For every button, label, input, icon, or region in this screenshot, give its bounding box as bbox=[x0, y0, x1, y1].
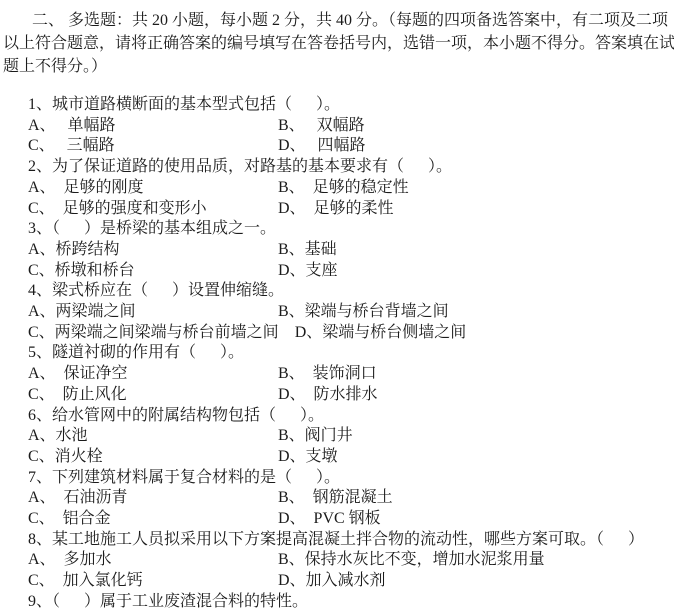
option-d: D、 PVC 钢板 bbox=[278, 509, 381, 530]
option-d: D、梁端与桥台侧墙之间 bbox=[295, 323, 467, 344]
option-d: D、 四幅路 bbox=[278, 136, 366, 157]
question-block-7: 7、下列建筑材料属于复合材料的是（ ）。 A、 石油沥青 B、 钢筋混凝土 C、… bbox=[28, 468, 678, 530]
option-row: A、水池 B、阀门井 bbox=[28, 426, 678, 447]
option-row: C、 加入氯化钙 D、加入减水剂 bbox=[28, 571, 678, 592]
question-text: 8、某工地施工人员拟采用以下方案提高混凝土拌合物的流动性，哪些方案可取。（ ） bbox=[28, 530, 678, 551]
option-c: C、 铝合金 bbox=[28, 509, 278, 530]
question-list: 1、城市道路横断面的基本型式包括（ ）。 A、 单幅路 B、 双幅路 C、 三幅… bbox=[0, 95, 678, 613]
question-block-4: 4、梁式桥应在（ ）设置伸缩缝。 A、两梁端之间 B、梁端与桥台背墙之间 C、两… bbox=[28, 281, 678, 343]
question-text: 2、为了保证道路的使用品质，对路基的基本要求有（ ）。 bbox=[28, 157, 678, 178]
exam-page: 二、 多选题：共 20 小题，每小题 2 分，共 40 分。（每题的四项备选答案… bbox=[0, 0, 678, 613]
option-d: D、支墩 bbox=[278, 447, 338, 468]
option-row: C、 铝合金 D、 PVC 钢板 bbox=[28, 509, 678, 530]
option-a: A、桥跨结构 bbox=[28, 240, 278, 261]
question-text: 9、（ ）属于工业废渣混合料的特性。 bbox=[28, 592, 678, 613]
option-d: D、 足够的柔性 bbox=[278, 199, 394, 220]
option-b: B、 双幅路 bbox=[278, 116, 365, 137]
option-row: A、 保证净空 B、 装饰洞口 bbox=[28, 364, 678, 385]
option-d: D、 防水排水 bbox=[278, 385, 378, 406]
question-block-8: 8、某工地施工人员拟采用以下方案提高混凝土拌合物的流动性，哪些方案可取。（ ） … bbox=[28, 530, 678, 592]
option-row: C、 足够的强度和变形小 D、 足够的柔性 bbox=[28, 199, 678, 220]
section-header-line: 二、 多选题：共 20 小题，每小题 2 分，共 40 分。（每题的四项备选答案… bbox=[3, 9, 674, 32]
option-row: C、两梁端之间梁端与桥台前墙之间 D、梁端与桥台侧墙之间 bbox=[28, 323, 678, 344]
option-c: C、消火栓 bbox=[28, 447, 278, 468]
question-block-2: 2、为了保证道路的使用品质，对路基的基本要求有（ ）。 A、 足够的刚度 B、 … bbox=[28, 157, 678, 219]
option-c: C、 加入氯化钙 bbox=[28, 571, 278, 592]
option-b: B、基础 bbox=[278, 240, 337, 261]
option-a: A、两梁端之间 bbox=[28, 302, 278, 323]
question-block-6: 6、给水管网中的附属结构物包括（ ）。 A、水池 B、阀门井 C、消火栓 D、支… bbox=[28, 406, 678, 468]
option-row: A、 石油沥青 B、 钢筋混凝土 bbox=[28, 488, 678, 509]
option-row: C、消火栓 D、支墩 bbox=[28, 447, 678, 468]
option-d: D、加入减水剂 bbox=[278, 571, 386, 592]
question-block-5: 5、隧道衬砌的作用有（ ）。 A、 保证净空 B、 装饰洞口 C、 防止风化 D… bbox=[28, 343, 678, 405]
option-c: C、 防止风化 bbox=[28, 385, 278, 406]
option-c: C、桥墩和桥台 bbox=[28, 261, 278, 282]
question-text: 3、（ ）是桥梁的基本组成之一。 bbox=[28, 219, 678, 240]
question-block-3: 3、（ ）是桥梁的基本组成之一。 A、桥跨结构 B、基础 C、桥墩和桥台 D、支… bbox=[28, 219, 678, 281]
option-b: B、梁端与桥台背墙之间 bbox=[278, 302, 449, 323]
question-text: 5、隧道衬砌的作用有（ ）。 bbox=[28, 343, 678, 364]
option-b: B、 足够的稳定性 bbox=[278, 178, 409, 199]
option-b: B、阀门井 bbox=[278, 426, 353, 447]
question-text: 7、下列建筑材料属于复合材料的是（ ）。 bbox=[28, 468, 678, 489]
section-header-line: 以上符合题意，请将正确答案的编号填写在答卷括号内，选错一项，本小题不得分。答案填… bbox=[3, 32, 674, 55]
option-a: A、 石油沥青 bbox=[28, 488, 278, 509]
question-text: 6、给水管网中的附属结构物包括（ ）。 bbox=[28, 406, 678, 427]
option-a: A、水池 bbox=[28, 426, 278, 447]
option-a: A、 保证净空 bbox=[28, 364, 278, 385]
option-c: C、 三幅路 bbox=[28, 136, 278, 157]
option-row: A、 单幅路 B、 双幅路 bbox=[28, 116, 678, 137]
option-a: A、 足够的刚度 bbox=[28, 178, 278, 199]
option-row: A、桥跨结构 B、基础 bbox=[28, 240, 678, 261]
question-block-1: 1、城市道路横断面的基本型式包括（ ）。 A、 单幅路 B、 双幅路 C、 三幅… bbox=[28, 95, 678, 157]
option-row: A、两梁端之间 B、梁端与桥台背墙之间 bbox=[28, 302, 678, 323]
question-text: 4、梁式桥应在（ ）设置伸缩缝。 bbox=[28, 281, 678, 302]
question-block-9: 9、（ ）属于工业废渣混合料的特性。 bbox=[28, 592, 678, 613]
option-a: A、 单幅路 bbox=[28, 116, 278, 137]
option-d: D、支座 bbox=[278, 261, 338, 282]
option-a: A、 多加水 bbox=[28, 550, 278, 571]
option-b: B、保持水灰比不变，增加水泥浆用量 bbox=[278, 550, 545, 571]
option-row: A、 多加水 B、保持水灰比不变，增加水泥浆用量 bbox=[28, 550, 678, 571]
section-header-line: 题上不得分。） bbox=[3, 55, 674, 78]
section-header: 二、 多选题：共 20 小题，每小题 2 分，共 40 分。（每题的四项备选答案… bbox=[0, 0, 678, 78]
question-text: 1、城市道路横断面的基本型式包括（ ）。 bbox=[28, 95, 678, 116]
option-b: B、 装饰洞口 bbox=[278, 364, 377, 385]
option-row: C、 防止风化 D、 防水排水 bbox=[28, 385, 678, 406]
option-c: C、两梁端之间梁端与桥台前墙之间 bbox=[28, 323, 295, 344]
option-row: C、桥墩和桥台 D、支座 bbox=[28, 261, 678, 282]
option-row: C、 三幅路 D、 四幅路 bbox=[28, 136, 678, 157]
option-row: A、 足够的刚度 B、 足够的稳定性 bbox=[28, 178, 678, 199]
option-b: B、 钢筋混凝土 bbox=[278, 488, 393, 509]
option-c: C、 足够的强度和变形小 bbox=[28, 199, 278, 220]
